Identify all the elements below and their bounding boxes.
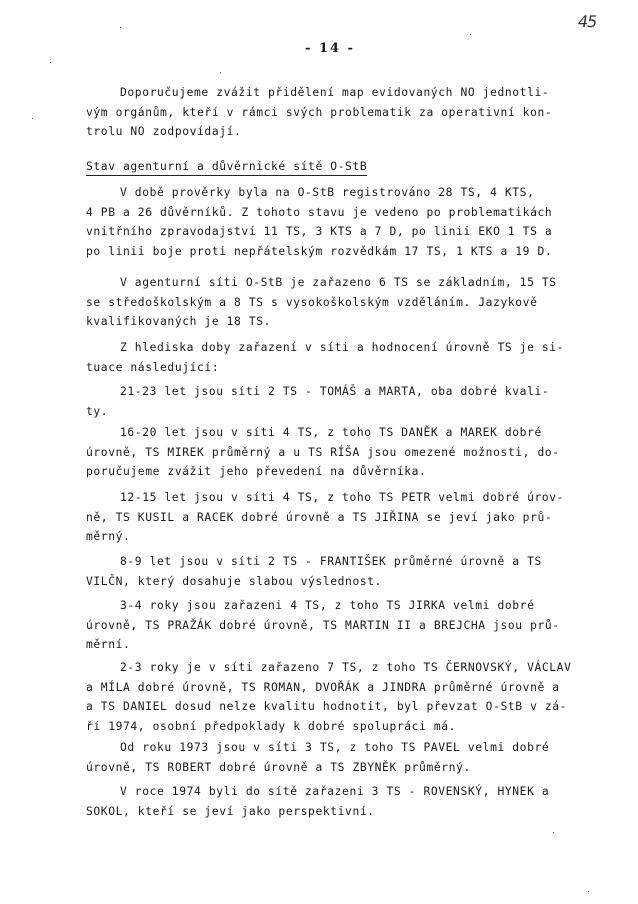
- text-line: úrovně, TS ROBERT dobré úrovně a TS ZBYN…: [86, 761, 471, 775]
- text-line: SOKOL, kteří se jeví jako perspektivní.: [86, 805, 375, 819]
- text-line: 2-3 roky je v síti zařazeno 7 TS, z toho…: [120, 661, 571, 675]
- text-line: kvalifikovaných je 18 TS.: [86, 315, 271, 329]
- text-line: VILČN, který dosahuje slabou výslednost.: [86, 575, 382, 589]
- section-heading: Stav agenturní a důvěrnické sítě O-StB: [86, 160, 367, 176]
- text-line: trolu NO zodpovídají.: [86, 125, 241, 139]
- text-line: po linii boje proti nepřátelským rozvědk…: [86, 245, 552, 259]
- scan-speck: [32, 118, 33, 119]
- text-line: ří 1974, osobní předpoklady k dobré spol…: [86, 720, 456, 734]
- text-line: se středoškolským a 8 TS s vysokoškolský…: [86, 296, 537, 310]
- text-line: poručujeme zvážit jeho převedení na důvě…: [86, 465, 426, 479]
- scan-speck: [588, 891, 589, 892]
- text-line: V době prověrky byla na O-StB registrová…: [120, 186, 534, 200]
- text-line: 8-9 let jsou v síti 2 TS - FRANTIŠEK prů…: [120, 555, 542, 569]
- text-line: tuace následující:: [86, 361, 219, 375]
- text-line: V roce 1974 byli do sítě zařazeni 3 TS -…: [120, 785, 549, 799]
- text-line: a MÍLA dobré úrovně, TS ROMAN, DVOŘÁK a …: [86, 681, 560, 695]
- scan-speck: [50, 62, 51, 63]
- text-line: 4 PB a 26 důvěrníků. Z tohoto stavu je v…: [86, 206, 552, 220]
- text-line: měrní.: [86, 638, 130, 652]
- page-number: - 14 -: [0, 41, 638, 56]
- text-line: úrovně, TS MIREK průměrný a u TS RÍŠA js…: [86, 446, 560, 460]
- text-line: a TS DANIEL dosud nelze kvalitu hodnotit…: [86, 700, 567, 714]
- text-line: ně, TS KUSIL a RACEK dobré úrovně a TS J…: [86, 511, 552, 525]
- text-line: Z hlediska doby zařazení v síti a hodnoc…: [120, 341, 564, 355]
- scan-speck: [120, 27, 121, 28]
- scan-speck: [220, 72, 221, 73]
- text-line: Od roku 1973 jsou v síti 3 TS, z toho TS…: [120, 741, 549, 755]
- text-line: ty.: [86, 405, 108, 419]
- text-line: 16-20 let jsou v síti 4 TS, z toho TS DA…: [120, 426, 542, 440]
- text-line: 21-23 let jsou síti 2 TS - TOMÁŠ a MARTA…: [120, 385, 549, 399]
- text-line: vnitřního zpravodajství 11 TS, 3 KTS a 7…: [86, 225, 552, 239]
- document-page: 45 - 14 - Doporučujeme zvážit přidělení …: [0, 0, 638, 904]
- text-line: 12-15 let jsou v síti 4 TS, z toho TS PE…: [120, 491, 564, 505]
- text-line: měrný.: [86, 530, 130, 544]
- text-line: V agenturní síti O-StB je zařazeno 6 TS …: [120, 276, 557, 290]
- text-line: vým orgánům, kteří v rámci svých problem…: [86, 106, 552, 120]
- scan-speck: [553, 832, 554, 833]
- text-line: 3-4 roky jsou zařazeni 4 TS, z toho TS J…: [120, 599, 534, 613]
- text-line: úrovně, TS PRAŽÁK dobré úrovně, TS MARTI…: [86, 619, 560, 633]
- handwritten-folio-number: 45: [576, 12, 598, 31]
- scan-speck: [470, 34, 471, 35]
- text-line: Doporučujeme zvážit přidělení map evidov…: [120, 86, 549, 100]
